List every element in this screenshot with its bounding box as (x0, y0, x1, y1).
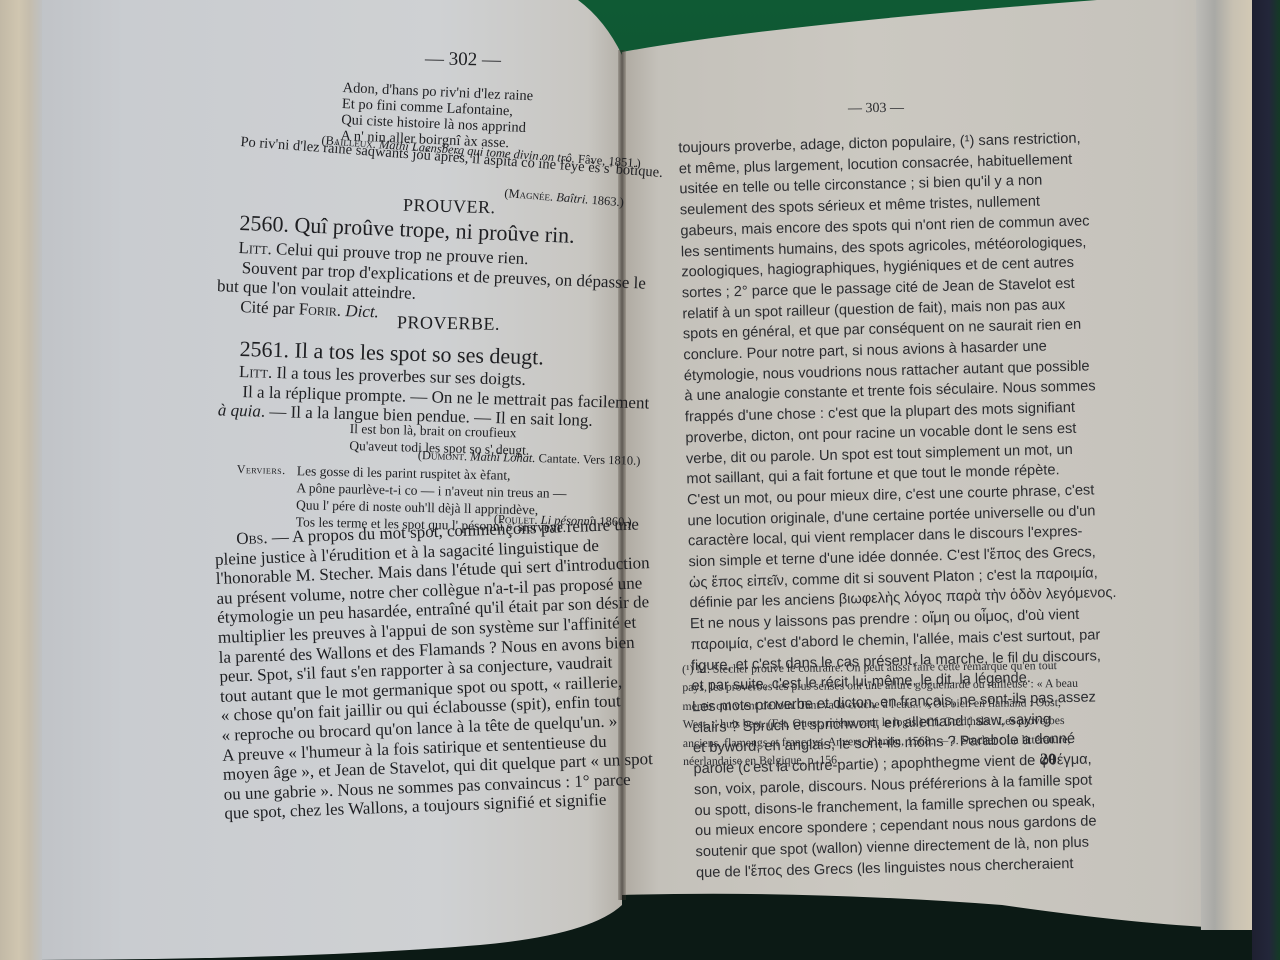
page-number-right: — 303 — (848, 102, 904, 116)
right-page-stack-edge (1196, 0, 1258, 930)
section-heading-prouver: PROUVER. (403, 195, 496, 218)
entry-2561: 2561. Il a tos les spot so ses deugt. Li… (238, 336, 651, 432)
section-heading-proverbe: PROVERBE. (397, 312, 500, 335)
left-page-stack-edge (0, 0, 42, 960)
right-page-body: toujours proverbe, adage, dicton populai… (678, 128, 1123, 884)
entry-body: Litt. Il a tous les proverbes sur ses do… (238, 362, 650, 432)
signature-mark: 20 (1040, 752, 1056, 768)
region-label: Verviers. (237, 461, 286, 479)
observation-paragraph: Obs. — A propos du mot spot, commençons … (214, 514, 659, 824)
footnote: (¹) M. Stecher prouve le contraire. On p… (682, 656, 1079, 771)
book-cover-edge (1252, 0, 1280, 960)
page-number-left: — 302 — (425, 49, 501, 69)
